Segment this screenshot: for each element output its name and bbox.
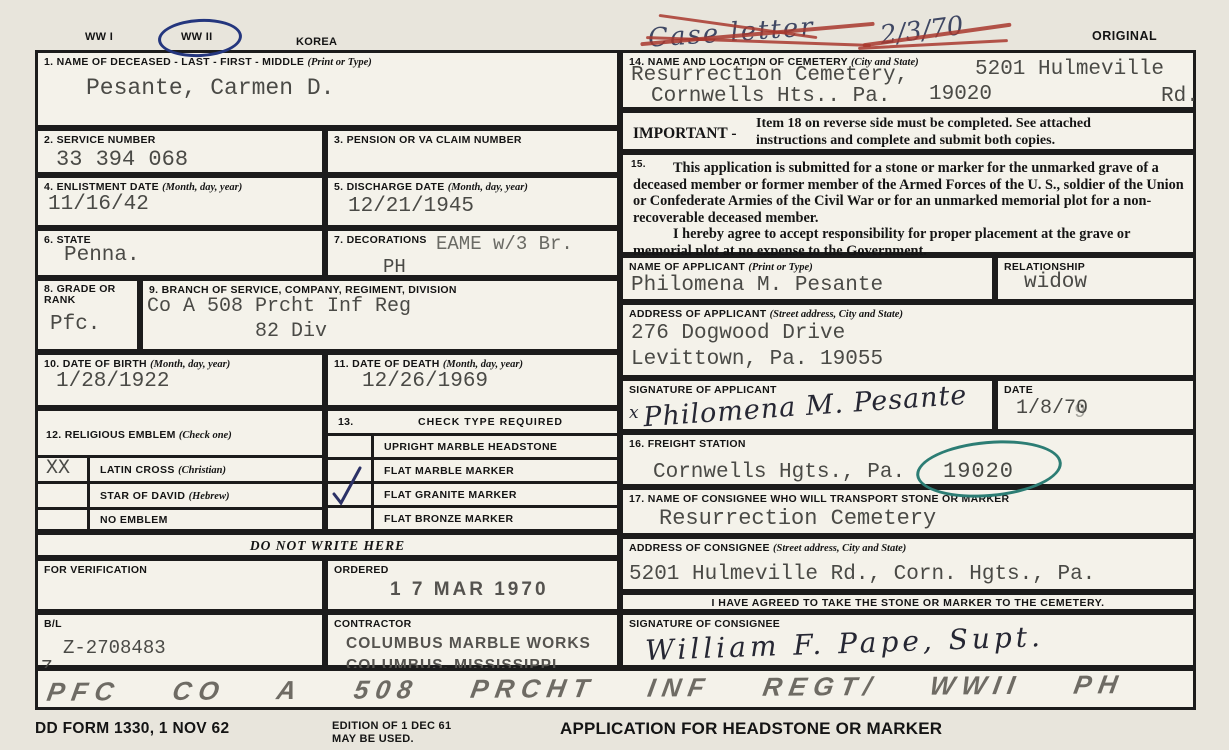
field-date: DATE 1/8/70 9 [995, 378, 1196, 432]
label-contractor: CONTRACTOR [334, 618, 411, 630]
war-label-ww1: WW I [85, 31, 113, 43]
field-applicant-address: ADDRESS OF APPLICANT (Street address, Ci… [620, 302, 1196, 378]
do-not-write-text: DO NOT WRITE HERE [38, 538, 617, 554]
value-date-of-death: 12/26/1969 [362, 370, 488, 393]
important-notice: IMPORTANT - Item 18 on reverse side must… [620, 110, 1196, 152]
check-type-row: FLAT GRANITE MARKER [328, 481, 617, 505]
label-applicant-name: NAME OF APPLICANT [629, 261, 745, 273]
field-discharge-date: 5. DISCHARGE DATE (Month, day, year) 12/… [325, 175, 620, 228]
check-type-row: FLAT MARBLE MARKER [328, 457, 617, 481]
value-bl-number: Z-2708483 [63, 637, 166, 659]
edition-note-line1: EDITION OF 1 DEC 61 [332, 720, 451, 732]
field-service-number: 2. SERVICE NUMBER 33 394 068 [35, 128, 325, 175]
value-cemetery-address2: Rd. [1161, 85, 1199, 108]
religious-emblem-row: XX LATIN CROSS (Christian) [38, 455, 322, 481]
value-name-of-deceased: Pesante, Carmen D. [86, 75, 334, 101]
checkbox-no-emblem [38, 510, 90, 529]
value-consignee-name: Resurrection Cemetery [659, 506, 936, 531]
label-grade-or-rank: 8. GRADE OR RANK [44, 284, 124, 306]
option-hint-latin-cross: (Christian) [178, 465, 226, 476]
field-branch-of-service: 9. BRANCH OF SERVICE, COMPANY, REGIMENT,… [140, 278, 620, 352]
label-check-type-required: CHECK TYPE REQUIRED [378, 416, 603, 428]
option-label-flat-granite-marker: FLAT GRANITE MARKER [384, 489, 517, 501]
value-consignee-address: 5201 Hulmeville Rd., Corn. Hgts., Pa. [629, 563, 1095, 586]
value-date-of-birth: 1/28/1922 [56, 370, 169, 393]
agreement-text: I HAVE AGREED TO TAKE THE STONE OR MARKE… [623, 597, 1193, 609]
value-relationship: widow [1024, 271, 1087, 294]
value-applicant-name: Philomena M. Pesante [631, 274, 883, 297]
label-freight-station: 16. FREIGHT STATION [629, 438, 746, 450]
original-label: ORIGINAL [1092, 29, 1157, 43]
religious-emblem-row: NO EMBLEM [38, 507, 322, 529]
field-consignee-signature: SIGNATURE OF CONSIGNEE William F. Pape, … [620, 612, 1196, 668]
field-enlistment-date: 4. ENLISTMENT DATE (Month, day, year) 11… [35, 175, 325, 228]
value-discharge-date: 12/21/1945 [348, 195, 474, 218]
field-bl-number: B/L Z-2708483 Z [35, 612, 325, 668]
value-cemetery-zip: 19020 [929, 83, 992, 106]
label-consignee-signature: SIGNATURE OF CONSIGNEE [629, 618, 780, 630]
option-label-no-emblem: NO EMBLEM [100, 514, 168, 526]
option-label-flat-marble-marker: FLAT MARBLE MARKER [384, 465, 514, 477]
label-date-of-death-hint: (Month, day, year) [443, 359, 523, 370]
option-hint-star-of-david: (Hebrew) [189, 491, 230, 502]
field-freight-station: 16. FREIGHT STATION Cornwells Hgts., Pa.… [620, 432, 1196, 487]
dd-form-1330-scan: WW I WW II KOREA ORIGINAL Case letter 2/… [0, 0, 1229, 750]
field-check-type-required: 13. CHECK TYPE REQUIRED UPRIGHT MARBLE H… [325, 408, 620, 532]
label-for-verification: FOR VERIFICATION [44, 564, 147, 576]
label-discharge-date-hint: (Month, day, year) [448, 182, 528, 193]
value-applicant-address-line2: Levittown, Pa. 19055 [631, 348, 883, 371]
pencil-service-note: PFC CO A 508 PRCHT INF REGT/ WWII PH [45, 669, 1127, 708]
label-enlistment-date: 4. ENLISTMENT DATE [44, 181, 159, 193]
label-name-of-deceased: 1. NAME OF DECEASED - LAST - FIRST - MID… [44, 56, 304, 68]
label-consignee-address: ADDRESS OF CONSIGNEE [629, 542, 770, 554]
value-state: Penna. [64, 244, 140, 267]
option-label-latin-cross: LATIN CROSS [100, 464, 175, 476]
form-title: APPLICATION FOR HEADSTONE OR MARKER [560, 719, 942, 739]
label-decorations: 7. DECORATIONS [334, 234, 427, 246]
value-date-overstrike: 9 [1074, 401, 1086, 424]
value-cemetery-line1: Resurrection Cemetery, [631, 64, 908, 87]
checkbox-mark-latin-cross: XX [46, 457, 70, 480]
option-label-flat-bronze-marker: FLAT BRONZE MARKER [384, 513, 514, 525]
field-applicant-name: NAME OF APPLICANT (Print or Type) Philom… [620, 255, 995, 302]
label-name-of-deceased-hint: (Print or Type) [307, 57, 371, 68]
label-13-number: 13. [338, 416, 354, 428]
check-type-row: FLAT BRONZE MARKER [328, 505, 617, 529]
label-enlistment-date-hint: (Month, day, year) [162, 182, 242, 193]
label-bl: B/L [44, 618, 62, 630]
agreement-banner: I HAVE AGREED TO TAKE THE STONE OR MARKE… [620, 592, 1196, 612]
contractor-stamp-line1: COLUMBUS MARBLE WORKS [346, 635, 591, 653]
field-for-verification: FOR VERIFICATION [35, 558, 325, 612]
label-service-number: 2. SERVICE NUMBER [44, 134, 156, 146]
important-line2: instructions and complete and submit bot… [756, 133, 1055, 149]
label-date: DATE [1004, 384, 1033, 396]
label-applicant-name-hint: (Print or Type) [748, 262, 812, 273]
application-statement: 15. This application is submitted for a … [620, 152, 1196, 255]
label-ordered: ORDERED [334, 564, 389, 576]
field-date-of-birth: 10. DATE OF BIRTH (Month, day, year) 1/2… [35, 352, 325, 408]
checkbox-flat-granite-marker [328, 484, 374, 505]
check-type-row: UPRIGHT MARBLE HEADSTONE [328, 433, 617, 457]
value-enlistment-date: 11/16/42 [48, 193, 149, 216]
field-date-of-death: 11. DATE OF DEATH (Month, day, year) 12/… [325, 352, 620, 408]
field-decorations: 7. DECORATIONS EAME w/3 Br. PH [325, 228, 620, 278]
checkbox-upright-marble-headstone [328, 436, 374, 457]
field-relationship: RELATIONSHIP widow [995, 255, 1196, 302]
field-contractor: CONTRACTOR COLUMBUS MARBLE WORKS COLUMBU… [325, 612, 620, 668]
field-consignee-name: 17. NAME OF CONSIGNEE WHO WILL TRANSPORT… [620, 487, 1196, 536]
edition-note-line2: MAY BE USED. [332, 733, 414, 745]
label-date-of-death: 11. DATE OF DEATH [334, 358, 440, 370]
label-discharge-date: 5. DISCHARGE DATE [334, 181, 445, 193]
value-branch-line2: 82 Div [255, 320, 327, 343]
field-state: 6. STATE Penna. [35, 228, 325, 278]
value-cemetery-address1: 5201 Hulmeville [975, 58, 1164, 81]
form-number: DD FORM 1330, 1 NOV 62 [35, 720, 229, 738]
label-consignee-address-hint: (Street address, City and State) [773, 543, 906, 554]
option-label-star-of-david: STAR OF DAVID [100, 490, 185, 502]
field-consignee-address: ADDRESS OF CONSIGNEE (Street address, Ci… [620, 536, 1196, 592]
label-15-number: 15. [631, 159, 646, 170]
applicant-signature-prefix: x [629, 403, 639, 423]
field-applicant-signature: SIGNATURE OF APPLICANT x Philomena M. Pe… [620, 378, 995, 432]
value-service-number: 33 394 068 [56, 147, 188, 172]
label-date-of-birth: 10. DATE OF BIRTH [44, 358, 147, 370]
do-not-write-banner: DO NOT WRITE HERE [35, 532, 620, 558]
value-decorations-line2: PH [383, 256, 406, 278]
label-religious-emblem: 12. RELIGIOUS EMBLEM [46, 429, 176, 441]
checkbox-latin-cross: XX [38, 458, 90, 481]
field-ordered: ORDERED 1 7 MAR 1970 [325, 558, 620, 612]
value-grade-or-rank: Pfc. [50, 313, 100, 336]
label-applicant-address-hint: (Street address, City and State) [770, 309, 903, 320]
field-grade-or-rank: 8. GRADE OR RANK Pfc. [35, 278, 140, 352]
field-pension-claim-number: 3. PENSION OR VA CLAIM NUMBER [325, 128, 620, 175]
field-religious-emblem: 12. RELIGIOUS EMBLEM (Check one) XX LATI… [35, 408, 325, 532]
ordered-date-stamp: 1 7 MAR 1970 [390, 579, 549, 601]
label-pension-claim-number: 3. PENSION OR VA CLAIM NUMBER [334, 134, 522, 146]
value-freight-station: Cornwells Hgts., Pa. [653, 461, 905, 484]
value-branch-line1: Co A 508 Prcht Inf Reg [147, 295, 411, 318]
checkbox-star-of-david [38, 484, 90, 507]
value-cemetery-line2: Cornwells Hts.. Pa. [651, 85, 890, 108]
value-decorations-line1: EAME w/3 Br. [436, 233, 573, 255]
field-name-of-deceased: 1. NAME OF DECEASED - LAST - FIRST - MID… [35, 50, 620, 128]
value-applicant-address-line1: 276 Dogwood Drive [631, 322, 845, 345]
label-date-of-birth-hint: (Month, day, year) [150, 359, 230, 370]
bottom-note-strip: PFC CO A 508 PRCHT INF REGT/ WWII PH [35, 668, 1196, 710]
important-line1: Item 18 on reverse side must be complete… [756, 116, 1091, 132]
religious-emblem-row: STAR OF DAVID (Hebrew) [38, 481, 322, 507]
important-label: IMPORTANT - [633, 125, 737, 143]
label-religious-emblem-hint: (Check one) [179, 430, 232, 441]
checkbox-flat-bronze-marker [328, 508, 374, 529]
statement-paragraph-1: This application is submitted for a ston… [633, 160, 1187, 226]
option-label-upright-marble-headstone: UPRIGHT MARBLE HEADSTONE [384, 441, 557, 453]
war-label-korea: KOREA [296, 36, 337, 48]
check-mark-icon [330, 464, 364, 508]
label-applicant-address: ADDRESS OF APPLICANT [629, 308, 766, 320]
field-cemetery: 14. NAME AND LOCATION OF CEMETERY (City … [620, 50, 1196, 110]
